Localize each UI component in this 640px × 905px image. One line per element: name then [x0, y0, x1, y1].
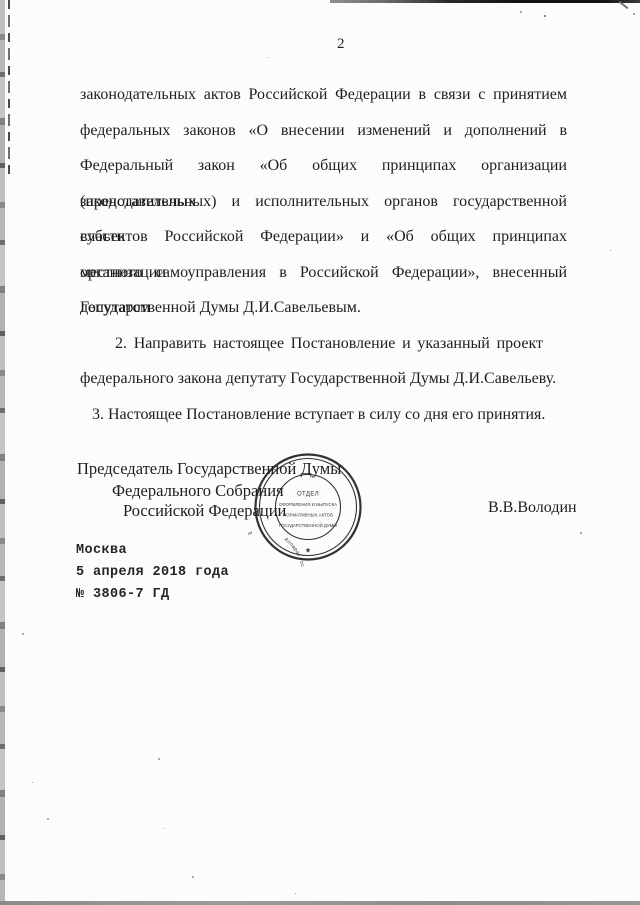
scan-speck: [520, 11, 522, 13]
document-body: законодательных актов Российской Федерац…: [80, 77, 567, 432]
body-line: субъектов Российской Федерации» и «Об об…: [80, 219, 567, 255]
body-line: Государственной Думы Д.И.Савельевым.: [80, 290, 567, 326]
footer-document-number: № 3806-7 ГД: [76, 587, 170, 602]
stamp-center-line: НОРМАТИВНЫХ АКТОВ: [283, 513, 333, 519]
stamp-center-line: ОФОРМЛЕНИЯ И ВЫПУСКА: [279, 502, 338, 508]
scan-speck: [544, 15, 546, 17]
scan-artifact-left-dashes: [8, 0, 10, 175]
footer-place: Москва: [76, 543, 127, 558]
body-line: федерального закона депутату Государстве…: [80, 361, 567, 397]
scan-artifact-left-edge: [0, 0, 5, 905]
body-line: 2. Направить настоящее Постановление и у…: [115, 326, 543, 362]
stamp-star-icon: ★: [305, 547, 311, 555]
body-line: 3. Настоящее Постановление вступает в си…: [92, 397, 567, 433]
body-line: Федеральный закон «Об общих принципах ор…: [80, 148, 567, 184]
document-page: 2 законодательных актов Российской Федер…: [0, 0, 640, 905]
footer-date: 5 апреля 2018 года: [76, 565, 229, 580]
scan-speck: [268, 57, 269, 58]
scan-artifact-bottom-edge: [0, 901, 640, 905]
scan-speck: [192, 876, 194, 878]
scan-speck: [610, 250, 611, 251]
body-line: законодательных актов Российской Федерац…: [80, 77, 567, 113]
signature-name: В.В.Володин: [488, 499, 577, 517]
scan-speck: [633, 13, 635, 15]
scan-speck: [47, 818, 49, 820]
scan-artifact-top-edge: [330, 0, 640, 3]
body-line: федеральных законов «О внесении изменени…: [80, 113, 567, 149]
stamp-center-line: ОТДЕЛ: [297, 492, 319, 498]
scan-speck: [295, 893, 296, 894]
scan-speck: [22, 633, 24, 635]
official-stamp: Аппарат Государственной Думы Федеральног…: [248, 447, 368, 567]
body-line: (представительных) и исполнительных орга…: [80, 184, 567, 220]
page-number: 2: [337, 36, 345, 53]
scan-speck: [580, 532, 582, 534]
scan-speck: [163, 828, 164, 829]
body-line: местного самоуправления в Российской Фед…: [80, 255, 567, 291]
stamp-center-line: ГОСУДАРСТВЕННОЙ ДУМЫ: [279, 521, 337, 529]
scan-speck: [32, 782, 33, 783]
scan-speck: [158, 758, 160, 760]
